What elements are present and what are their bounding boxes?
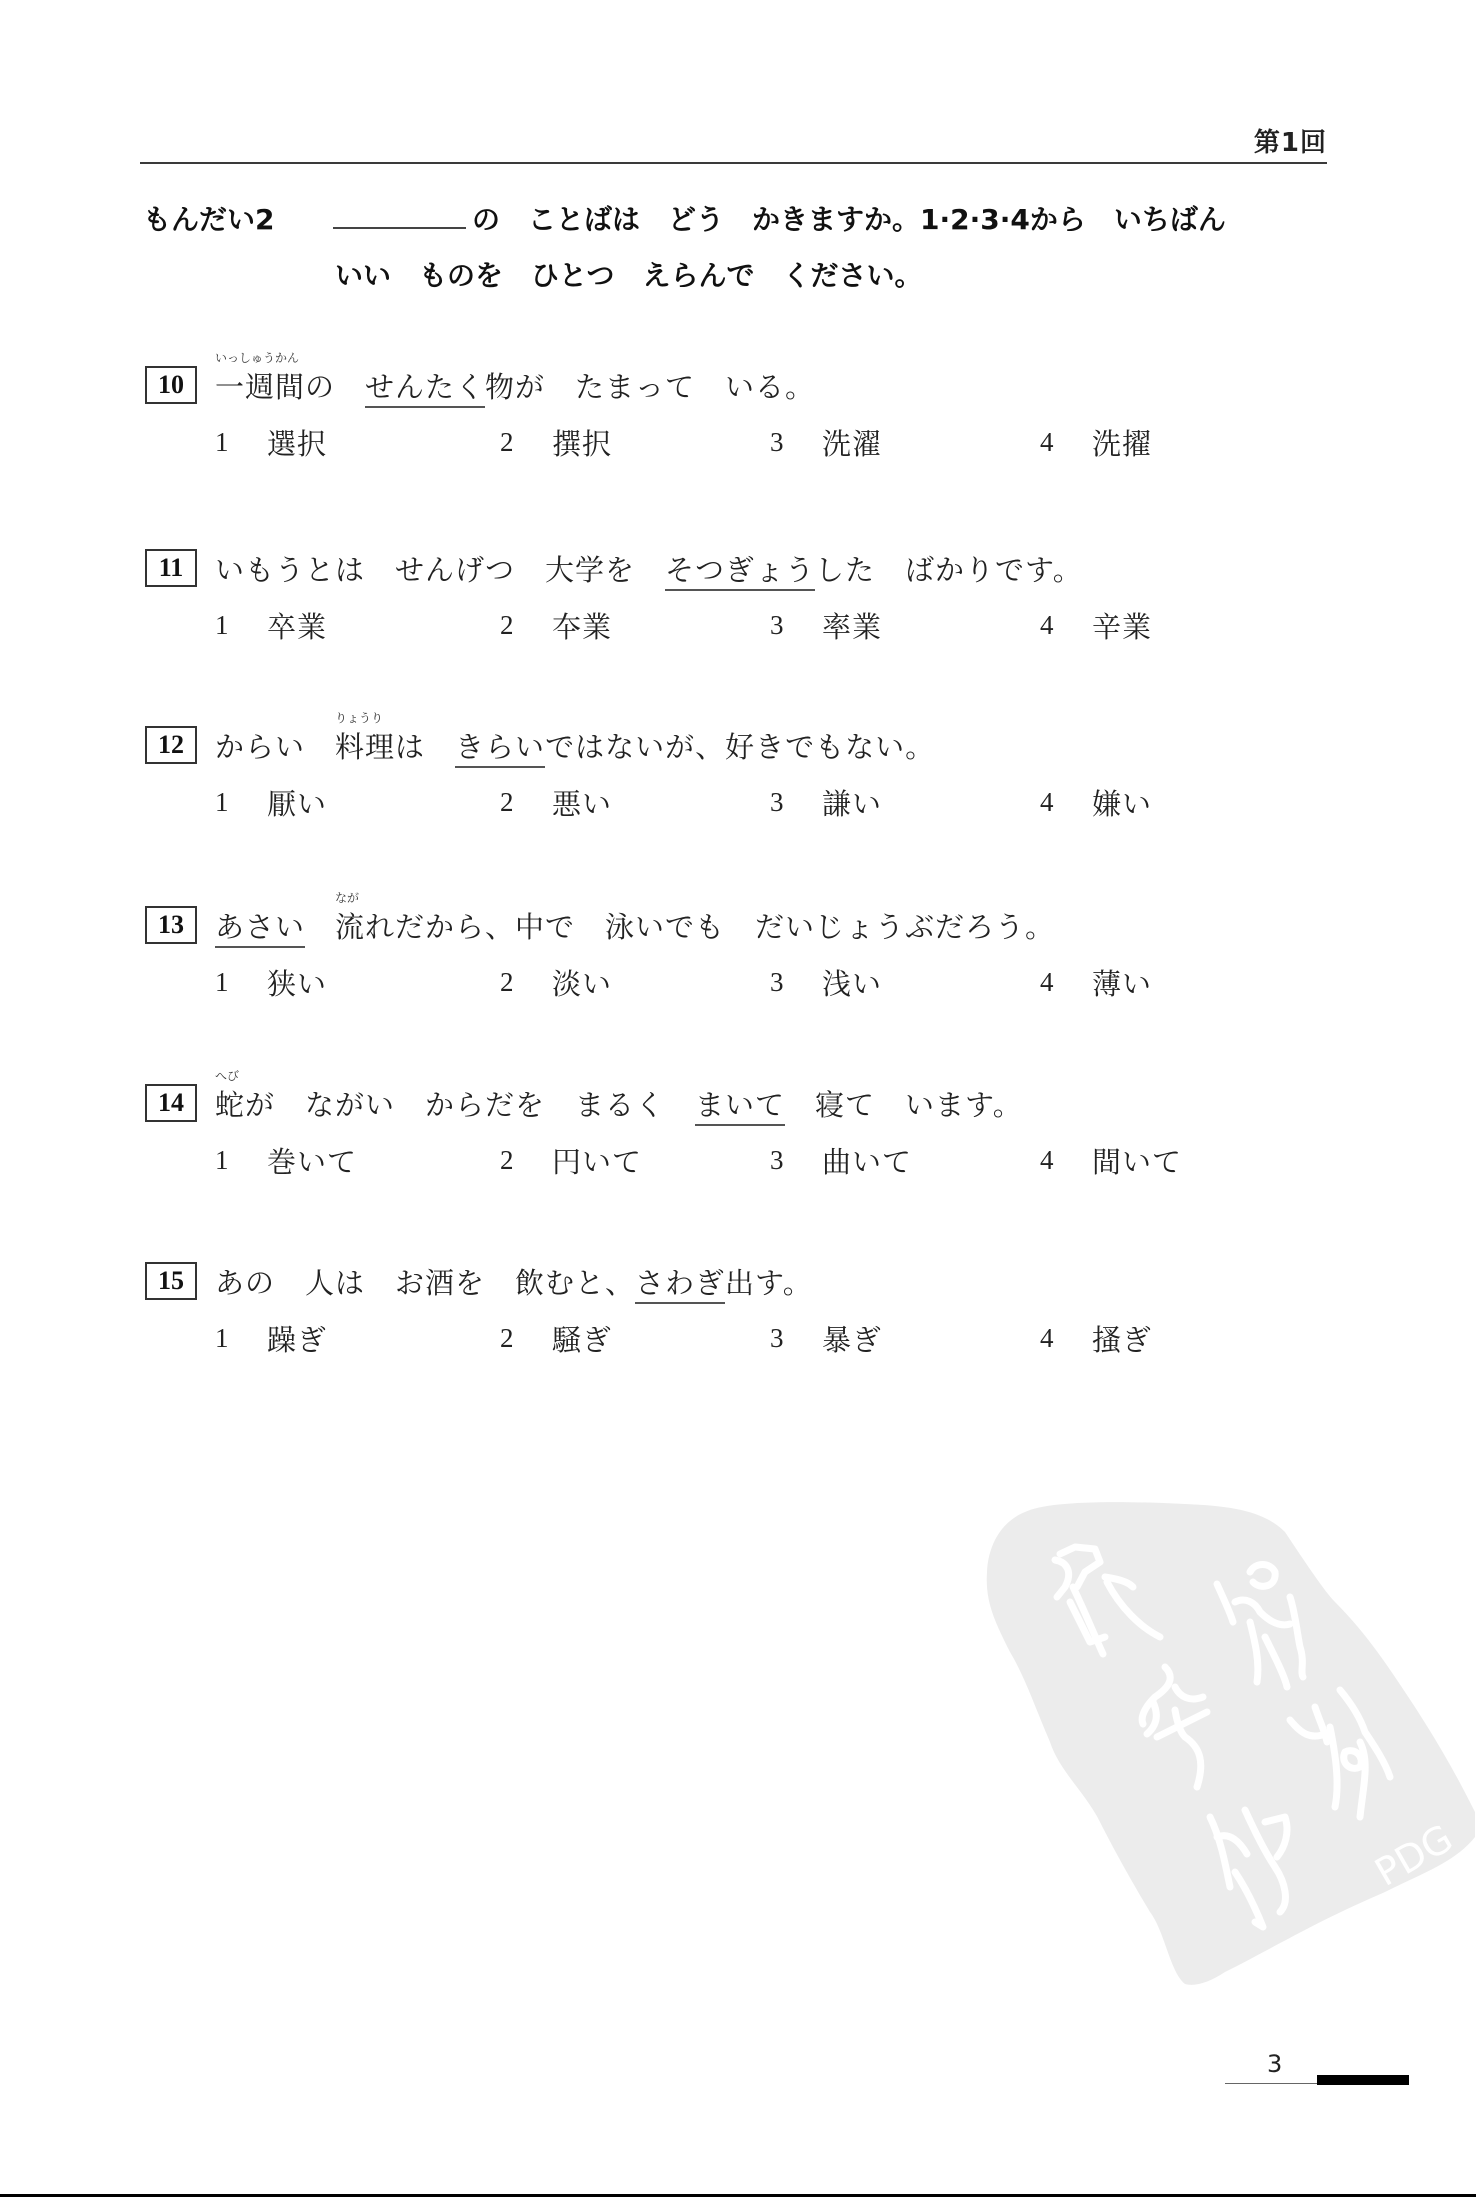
choice-1[interactable]: 1躁ぎ [215, 1318, 327, 1359]
question-number: 15 [145, 1262, 197, 1300]
choice-text: 夲業 [552, 605, 612, 646]
choice-text: 巻いて [267, 1140, 357, 1181]
sentence-text: れだから、中で 泳いでも だいじょうぶだろう。 [365, 910, 1055, 944]
question-15: 15 あの 人は お酒を 飲むと、さわぎ出す。 1躁ぎ 2騒ぎ 3暴ぎ 4搔ぎ [145, 1258, 1345, 1368]
choice-1[interactable]: 1狭い [215, 962, 327, 1003]
choice-2[interactable]: 2夲業 [500, 605, 612, 646]
instructions-line-1: もんだい2の ことばは どう かきますか。1·2·3·4から いちばん [143, 192, 1333, 248]
answer-choices: 1厭い 2悪い 3謙い 4嫌い [145, 782, 1345, 832]
choice-text: 躁ぎ [267, 1318, 327, 1359]
choice-text: 搔ぎ [1092, 1318, 1152, 1359]
instructions-line-2: いい ものを ひとつ えらんで ください。 [143, 248, 1333, 304]
sentence-text: あの 人は お酒を 飲むと、 [215, 1266, 635, 1300]
sentence-text: の [305, 370, 365, 404]
choice-text: 淡い [552, 962, 612, 1003]
choice-4[interactable]: 4嫌い [1040, 782, 1152, 823]
question-row: 15 あの 人は お酒を 飲むと、さわぎ出す。 [145, 1258, 1345, 1304]
choice-text: 狭い [267, 962, 327, 1003]
choice-number: 2 [500, 427, 552, 458]
question-number: 14 [145, 1084, 197, 1122]
choice-1[interactable]: 1巻いて [215, 1140, 357, 1181]
instructions-text-1: の ことばは どう かきますか。1·2·3·4から いちばん [472, 203, 1226, 236]
choice-number: 4 [1040, 967, 1092, 998]
choice-4[interactable]: 4間いて [1040, 1140, 1182, 1181]
page-header: 第1回 [140, 120, 1327, 164]
choice-4[interactable]: 4搔ぎ [1040, 1318, 1152, 1359]
question-row: 12 からい りょうり料理は きらいではないが、好きでもない。 [145, 722, 1345, 768]
choice-1[interactable]: 1厭い [215, 782, 327, 823]
choice-3[interactable]: 3洗濯 [770, 422, 882, 463]
choice-4[interactable]: 4薄い [1040, 962, 1152, 1003]
choice-number: 2 [500, 967, 552, 998]
question-number: 12 [145, 726, 197, 764]
question-sentence: いもうとは せんげつ 大学を そつぎょうした ばかりです。 [215, 548, 1083, 589]
answer-choices: 1卒業 2夲業 3率業 4辛業 [145, 605, 1345, 655]
choice-text: 辛業 [1092, 605, 1152, 646]
choice-3[interactable]: 3暴ぎ [770, 1318, 882, 1359]
page-number: 3 [1267, 2050, 1282, 2078]
instructions: もんだい2の ことばは どう かきますか。1·2·3·4から いちばん いい も… [143, 192, 1333, 304]
choice-number: 2 [500, 1323, 552, 1354]
footer-rule [1225, 2083, 1317, 2084]
furigana: いっしゅうかん [215, 349, 299, 366]
choice-3[interactable]: 3浅い [770, 962, 882, 1003]
choice-number: 4 [1040, 1145, 1092, 1176]
choice-number: 2 [500, 610, 552, 641]
choice-number: 4 [1040, 787, 1092, 818]
question-sentence: あさい なが流れだから、中で 泳いでも だいじょうぶだろう。 [215, 905, 1055, 946]
choice-text: 円いて [552, 1140, 642, 1181]
choice-number: 1 [215, 787, 267, 818]
choice-number: 3 [770, 1145, 822, 1176]
sentence-text: が ながい からだを まるく [245, 1088, 695, 1122]
underlined-word: せんたく [365, 370, 485, 408]
underlined-word: あさい [215, 910, 305, 948]
ruby-base: 料理 [335, 730, 395, 764]
choice-text: 洗濯 [822, 422, 882, 463]
choice-1[interactable]: 1選択 [215, 422, 327, 463]
footer-bar [1317, 2075, 1409, 2085]
answer-choices: 1選択 2撰択 3洗濯 4洗擢 [145, 422, 1345, 472]
answer-choices: 1狭い 2淡い 3浅い 4薄い [145, 962, 1345, 1012]
question-sentence: へび蛇が ながい からだを まるく まいて 寝て います。 [215, 1083, 1023, 1124]
question-sentence: からい りょうり料理は きらいではないが、好きでもない。 [215, 725, 935, 766]
choice-4[interactable]: 4洗擢 [1040, 422, 1152, 463]
question-row: 11 いもうとは せんげつ 大学を そつぎょうした ばかりです。 [145, 545, 1345, 591]
choice-text: 薄い [1092, 962, 1152, 1003]
choice-3[interactable]: 3率業 [770, 605, 882, 646]
ruby-word: いっしゅうかん一週間 [215, 365, 305, 406]
choice-text: 曲いて [822, 1140, 912, 1181]
sentence-text: は [395, 730, 455, 764]
choice-number: 4 [1040, 1323, 1092, 1354]
choice-number: 1 [215, 1323, 267, 1354]
choice-number: 3 [770, 1323, 822, 1354]
question-11: 11 いもうとは せんげつ 大学を そつぎょうした ばかりです。 1卒業 2夲業… [145, 545, 1345, 655]
page-footer: 3 [1225, 2050, 1415, 2090]
ruby-base: 蛇 [215, 1088, 245, 1122]
ruby-base: 一週間 [215, 370, 305, 404]
question-number: 11 [145, 549, 197, 587]
sentence-text: ではないが、好きでもない。 [545, 730, 935, 764]
choice-1[interactable]: 1卒業 [215, 605, 327, 646]
question-number: 13 [145, 906, 197, 944]
underlined-word: まいて [695, 1088, 785, 1126]
sentence-text: からい [215, 730, 335, 764]
choice-number: 3 [770, 787, 822, 818]
question-row: 13 あさい なが流れだから、中で 泳いでも だいじょうぶだろう。 [145, 902, 1345, 948]
choice-text: 嫌い [1092, 782, 1152, 823]
choice-number: 1 [215, 427, 267, 458]
choice-text: 選択 [267, 422, 327, 463]
underlined-word: さわぎ [635, 1266, 725, 1304]
choice-text: 謙い [822, 782, 882, 823]
ruby-word: なが流 [335, 905, 365, 946]
choice-text: 間いて [1092, 1140, 1182, 1181]
question-number: 10 [145, 366, 197, 404]
choice-text: 洗擢 [1092, 422, 1152, 463]
answer-choices: 1躁ぎ 2騒ぎ 3暴ぎ 4搔ぎ [145, 1318, 1345, 1368]
mondai-label: もんだい2 [143, 192, 333, 248]
question-sentence: いっしゅうかん一週間の せんたく物が たまって いる。 [215, 365, 815, 406]
answer-choices: 1巻いて 2円いて 3曲いて 4間いて [145, 1140, 1345, 1190]
furigana: へび [215, 1067, 239, 1084]
choice-2[interactable]: 2騒ぎ [500, 1318, 612, 1359]
choice-text: 厭い [267, 782, 327, 823]
choice-text: 暴ぎ [822, 1318, 882, 1359]
seal-stamp-icon: PDG [985, 1492, 1475, 1992]
choice-2[interactable]: 2淡い [500, 962, 612, 1003]
choice-text: 騒ぎ [552, 1318, 612, 1359]
choice-number: 3 [770, 610, 822, 641]
choice-3[interactable]: 3曲いて [770, 1140, 912, 1181]
choice-text: 悪い [552, 782, 612, 823]
underlined-word: そつぎょう [665, 553, 815, 591]
question-sentence: あの 人は お酒を 飲むと、さわぎ出す。 [215, 1261, 813, 1302]
ruby-base: 流 [335, 910, 365, 944]
blank-line [333, 205, 466, 229]
question-10: 10 いっしゅうかん一週間の せんたく物が たまって いる。 1選択 2撰択 3… [145, 362, 1345, 472]
choice-2[interactable]: 2悪い [500, 782, 612, 823]
question-12: 12 からい りょうり料理は きらいではないが、好きでもない。 1厭い 2悪い … [145, 722, 1345, 832]
choice-number: 1 [215, 1145, 267, 1176]
choice-number: 3 [770, 967, 822, 998]
furigana: なが [335, 889, 359, 906]
choice-text: 浅い [822, 962, 882, 1003]
choice-number: 1 [215, 610, 267, 641]
choice-text: 卒業 [267, 605, 327, 646]
sentence-text: 出す。 [725, 1266, 813, 1300]
question-row: 10 いっしゅうかん一週間の せんたく物が たまって いる。 [145, 362, 1345, 408]
choice-3[interactable]: 3謙い [770, 782, 882, 823]
choice-number: 2 [500, 1145, 552, 1176]
choice-4[interactable]: 4辛業 [1040, 605, 1152, 646]
underlined-word: きらい [455, 730, 545, 768]
choice-number: 4 [1040, 427, 1092, 458]
question-14: 14 へび蛇が ながい からだを まるく まいて 寝て います。 1巻いて 2円… [145, 1080, 1345, 1190]
sentence-text: した ばかりです。 [815, 553, 1083, 587]
ruby-word: りょうり料理 [335, 725, 395, 766]
sentence-text: 物が たまって いる。 [485, 370, 815, 404]
question-row: 14 へび蛇が ながい からだを まるく まいて 寝て います。 [145, 1080, 1345, 1126]
watermark-seal: PDG [985, 1492, 1475, 1992]
sentence-text: 寝て います。 [785, 1088, 1023, 1122]
question-13: 13 あさい なが流れだから、中で 泳いでも だいじょうぶだろう。 1狭い 2淡… [145, 902, 1345, 1012]
choice-2[interactable]: 2円いて [500, 1140, 642, 1181]
session-label: 第1回 [1254, 122, 1327, 159]
choice-text: 撰択 [552, 422, 612, 463]
choice-number: 1 [215, 967, 267, 998]
sentence-text [305, 910, 335, 944]
choice-2[interactable]: 2撰択 [500, 422, 612, 463]
ruby-word: へび蛇 [215, 1083, 245, 1124]
choice-text: 率業 [822, 605, 882, 646]
choice-number: 2 [500, 787, 552, 818]
choice-number: 4 [1040, 610, 1092, 641]
sentence-text: いもうとは せんげつ 大学を [215, 553, 665, 587]
choice-number: 3 [770, 427, 822, 458]
furigana: りょうり [335, 709, 383, 726]
